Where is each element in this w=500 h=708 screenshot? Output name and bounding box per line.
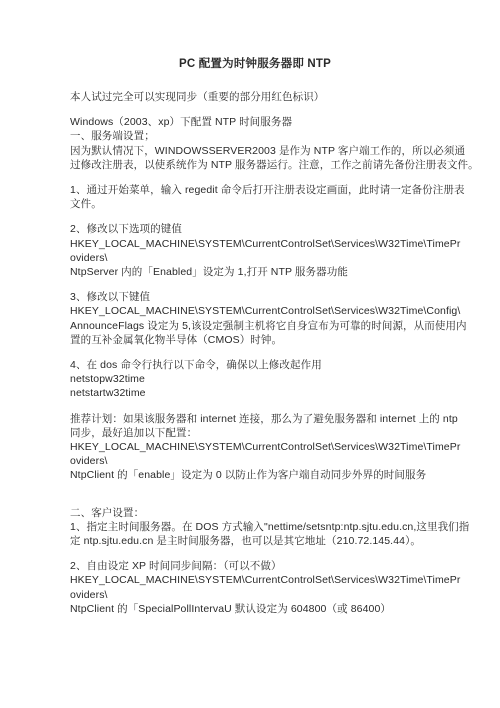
text-line: 1、指定主时间服务器。在 DOS 方式输入"nettime/setsntp:nt… [70,520,440,534]
paragraph-intro: 本人试过完全可以实现同步（重要的部分用红色标识） [70,90,440,104]
text-line: 同步，最好追加以下配置： [70,426,440,440]
registry-path-line: HKEY_LOCAL_MACHINE\SYSTEM\CurrentControl… [70,440,440,454]
text-line: 本人试过完全可以实现同步（重要的部分用红色标识） [70,90,440,104]
registry-path-line: oviders\ [70,251,440,265]
registry-path-line: oviders\ [70,454,440,468]
paragraph-client-step-2: 2、自由设定 XP 时间同步间隔：（可以不做） HKEY_LOCAL_MACHI… [70,559,440,616]
document-page: PC 配置为时钟服务器即 NTP 本人试过完全可以实现同步（重要的部分用红色标识… [0,0,500,708]
registry-path-line: HKEY_LOCAL_MACHINE\SYSTEM\CurrentControl… [70,304,440,318]
paragraph-server-setup-header: Windows（2003、xp）下配置 NTP 时间服务器 一、服务端设置； 因… [70,115,440,172]
text-line: 文件。 [70,197,440,211]
registry-path-line: oviders\ [70,588,440,602]
text-line: 3、修改以下键值 [70,290,440,304]
paragraph-server-step-3: 3、修改以下键值 HKEY_LOCAL_MACHINE\SYSTEM\Curre… [70,290,440,347]
text-line: 一、服务端设置； [70,129,440,143]
text-line: AnnounceFlags 设定为 5,该设定强制主机将它自身宣布为可靠的时间源… [70,319,440,333]
document-title: PC 配置为时钟服务器即 NTP [70,57,440,71]
text-line: 2、自由设定 XP 时间同步间隔：（可以不做） [70,559,440,573]
registry-path-line: HKEY_LOCAL_MACHINE\SYSTEM\CurrentControl… [70,237,440,251]
text-line: NtpServer 内的「Enabled」设定为 1,打开 NTP 服务器功能 [70,265,440,279]
paragraph-client-setup-header: 二、客户设置： 1、指定主时间服务器。在 DOS 方式输入"nettime/se… [70,506,440,549]
text-line: 1、通过开始菜单，输入 regedit 命令后打开注册表设定画面，此时请一定备份… [70,183,440,197]
text-line: 因为默认情况下，WINDOWSSERVER2003 是作为 NTP 客户端工作的… [70,144,440,158]
text-line: 定 ntp.sjtu.edu.cn 是主时间服务器，也可以是其它地址（210.7… [70,534,440,548]
paragraph-server-step-4: 4、在 dos 命令行执行以下命令，确保以上修改起作用 netstopw32ti… [70,358,440,401]
text-line: 推荐计划：如果该服务器和 internet 连接，那么为了避免服务器和 inte… [70,412,440,426]
paragraph-recommendation: 推荐计划：如果该服务器和 internet 连接，那么为了避免服务器和 inte… [70,412,440,483]
text-line: 4、在 dos 命令行执行以下命令，确保以上修改起作用 [70,358,440,372]
text-line: 过修改注册表，以使系统作为 NTP 服务器运行。注意，工作之前请先备份注册表文件… [70,158,440,172]
command-line: netstopw32time [70,372,440,386]
paragraph-server-step-2: 2、修改以下选项的键值 HKEY_LOCAL_MACHINE\SYSTEM\Cu… [70,222,440,279]
command-line: netstartw32time [70,386,440,400]
paragraph-server-step-1: 1、通过开始菜单，输入 regedit 命令后打开注册表设定画面，此时请一定备份… [70,183,440,211]
text-line: NtpClient 的「SpecialPollIntervaU 默认设定为 60… [70,602,440,616]
text-line: 置的互补金属氧化物半导体（CMOS）时钟。 [70,333,440,347]
registry-path-line: HKEY_LOCAL_MACHINE\SYSTEM\CurrentControl… [70,573,440,587]
text-line: NtpClient 的「enable」设定为 0 以防止作为客户端自动同步外界的… [70,468,440,482]
text-line: Windows（2003、xp）下配置 NTP 时间服务器 [70,115,440,129]
text-line: 2、修改以下选项的键值 [70,222,440,236]
text-line: 二、客户设置： [70,506,440,520]
